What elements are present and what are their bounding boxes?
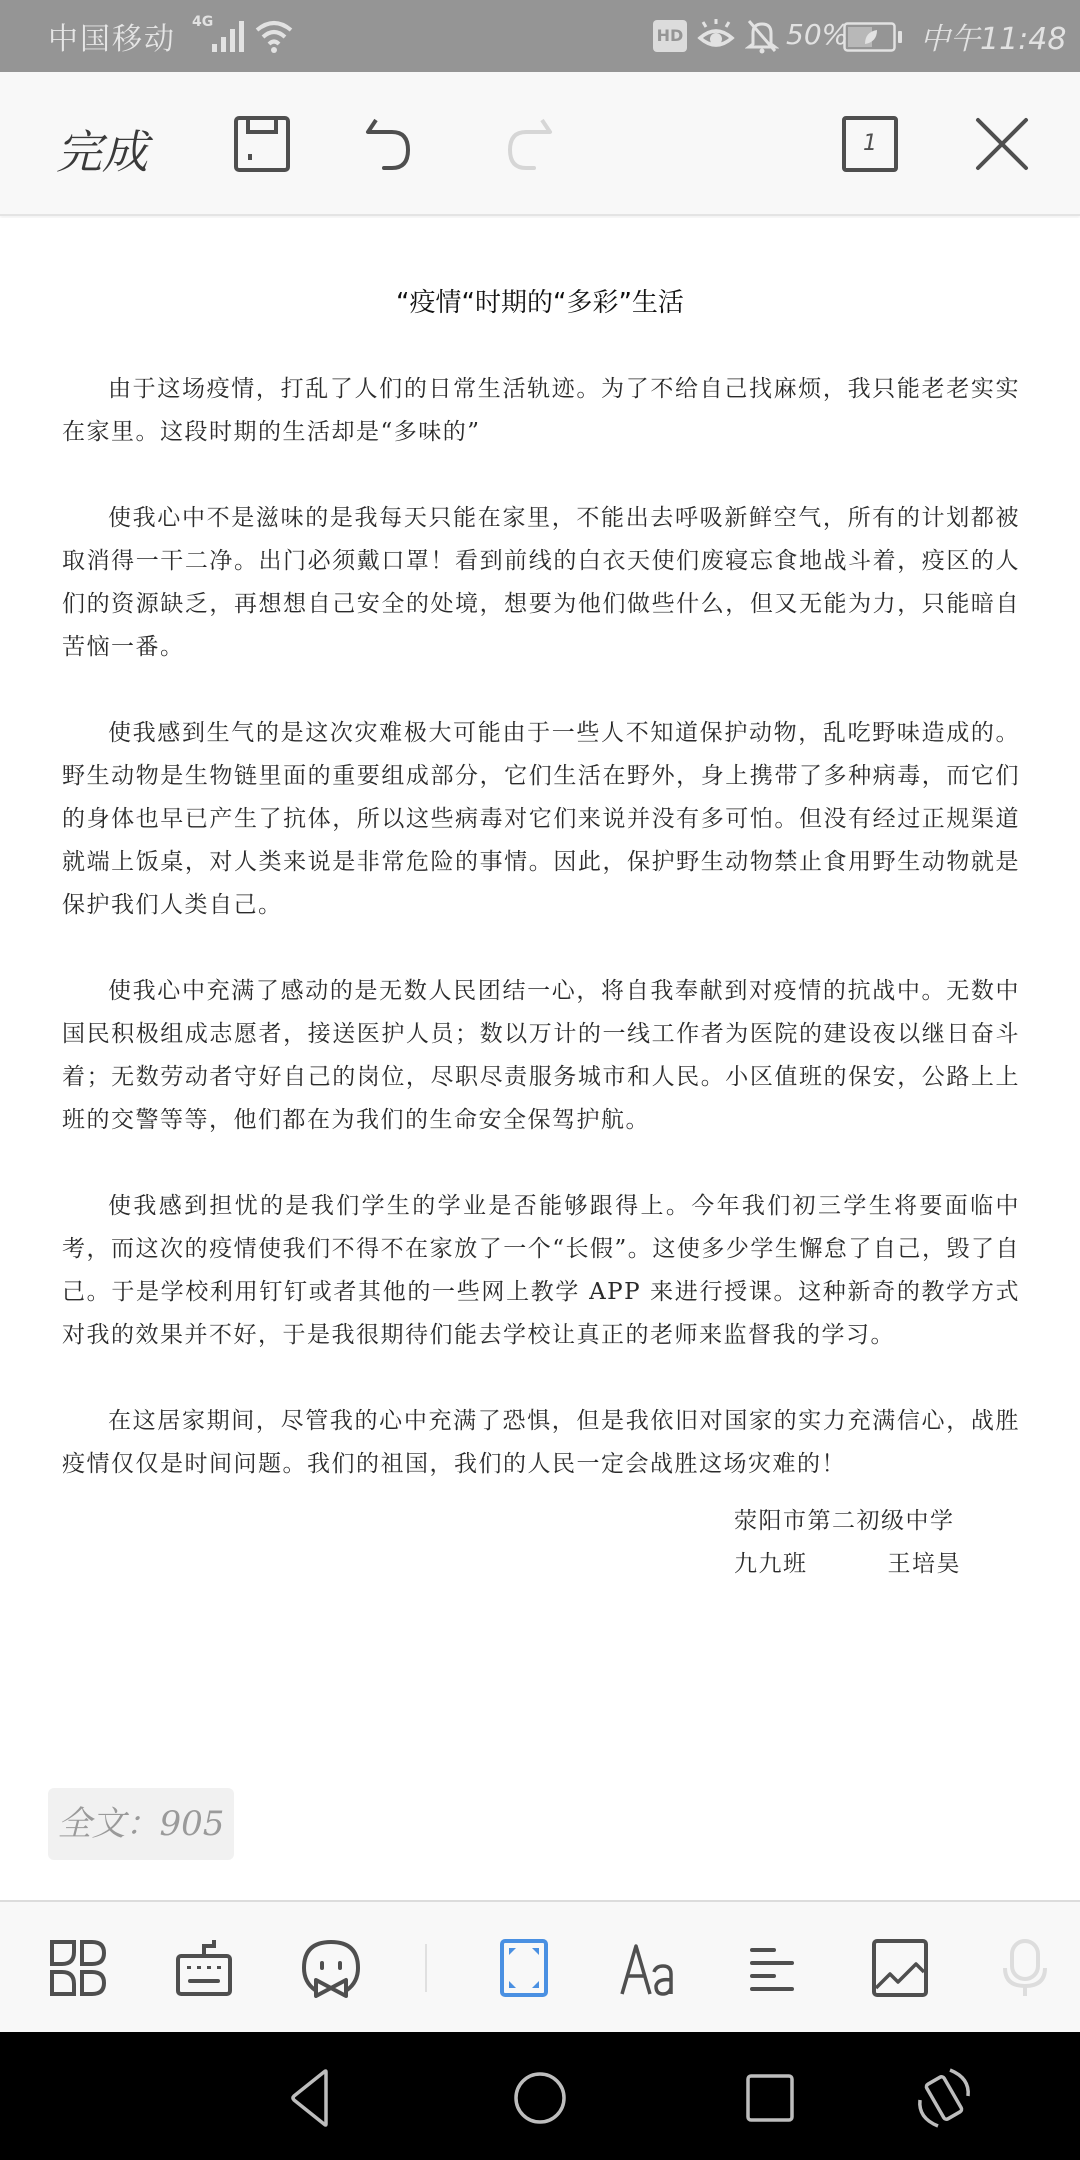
recents-icon[interactable] (740, 2068, 800, 2128)
signature-class: 九九班 (734, 1551, 808, 1577)
word-count-badge: 全文：905 (48, 1788, 234, 1860)
apps-grid-icon[interactable] (48, 1938, 108, 1998)
signal-icon (210, 20, 246, 52)
editor-toolbar: 完成 1 (0, 72, 1080, 216)
done-button[interactable]: 完成 (56, 116, 148, 182)
navigation-bar (0, 2032, 1080, 2160)
paragraph-5[interactable]: 使我感到担忧的是我们学生的学业是否能够跟得上。今年我们初三学生将要面临中考，而这… (62, 1185, 1020, 1357)
insert-image-icon[interactable] (870, 1938, 930, 1998)
toolbar-divider (425, 1944, 427, 1992)
microphone-icon[interactable] (995, 1938, 1055, 1998)
fullscreen-frame-icon[interactable] (494, 1938, 554, 1998)
page-indicator-icon[interactable]: 1 (842, 116, 898, 172)
wifi-icon (254, 18, 294, 54)
signature-school[interactable]: 荥阳市第二初级中学 (734, 1500, 955, 1543)
font-style-icon[interactable] (618, 1938, 678, 1998)
signature-line[interactable]: 九九班王培昊 (734, 1543, 961, 1586)
save-icon[interactable] (232, 114, 292, 174)
eye-comfort-icon (697, 18, 735, 54)
paragraph-4[interactable]: 使我心中充满了感动的是无数人民团结一心，将自我奉献到对疫情的抗战中。无数中国民积… (62, 970, 1020, 1142)
document-editor[interactable]: “疫情“时期的“多彩”生活 由于这场疫情，打乱了人们的日常生活轨迹。为了不给自己… (0, 218, 1080, 1898)
format-toolbar (0, 1900, 1080, 2032)
status-bar: 中国移动 4G HD 50% 中午11:48 (0, 0, 1080, 72)
paragraph-6[interactable]: 在这居家期间，尽管我的心中充满了恐惧，但是我依旧对国家的实力充满信心，战胜疫情仅… (62, 1400, 1020, 1486)
battery-percent: 50% (786, 18, 848, 51)
battery-saver-icon (843, 22, 903, 52)
document-body[interactable]: 由于这场疫情，打乱了人们的日常生活轨迹。为了不给自己找麻烦，我只能老老实实在家里… (62, 368, 1020, 1486)
clock: 中午11:48 (920, 14, 1066, 58)
paragraph-3[interactable]: 使我感到生气的是这次灾难极大可能由于一些人不知道保护动物，乱吃野味造成的。野生动… (62, 712, 1020, 927)
close-icon[interactable] (972, 114, 1032, 174)
redo-icon[interactable] (496, 114, 556, 174)
back-icon[interactable] (280, 2068, 340, 2128)
align-left-icon[interactable] (744, 1938, 804, 1998)
home-icon[interactable] (510, 2068, 570, 2128)
paragraph-1[interactable]: 由于这场疫情，打乱了人们的日常生活轨迹。为了不给自己找麻烦，我只能老老实实在家里… (62, 368, 1020, 454)
hd-icon: HD (653, 20, 687, 52)
carrier-name: 中国移动 (48, 14, 176, 58)
mute-bell-icon (745, 18, 779, 54)
paragraph-2[interactable]: 使我心中不是滋味的是我每天只能在家里，不能出去呼吸新鲜空气，所有的计划都被取消得… (62, 497, 1020, 669)
keyboard-icon[interactable] (174, 1938, 234, 1998)
signature-author: 王培昊 (888, 1551, 962, 1577)
rotate-screen-icon[interactable] (914, 2068, 974, 2128)
emoji-icon[interactable] (301, 1938, 361, 1998)
undo-icon[interactable] (362, 114, 422, 174)
document-title[interactable]: “疫情“时期的“多彩”生活 (0, 282, 1080, 319)
